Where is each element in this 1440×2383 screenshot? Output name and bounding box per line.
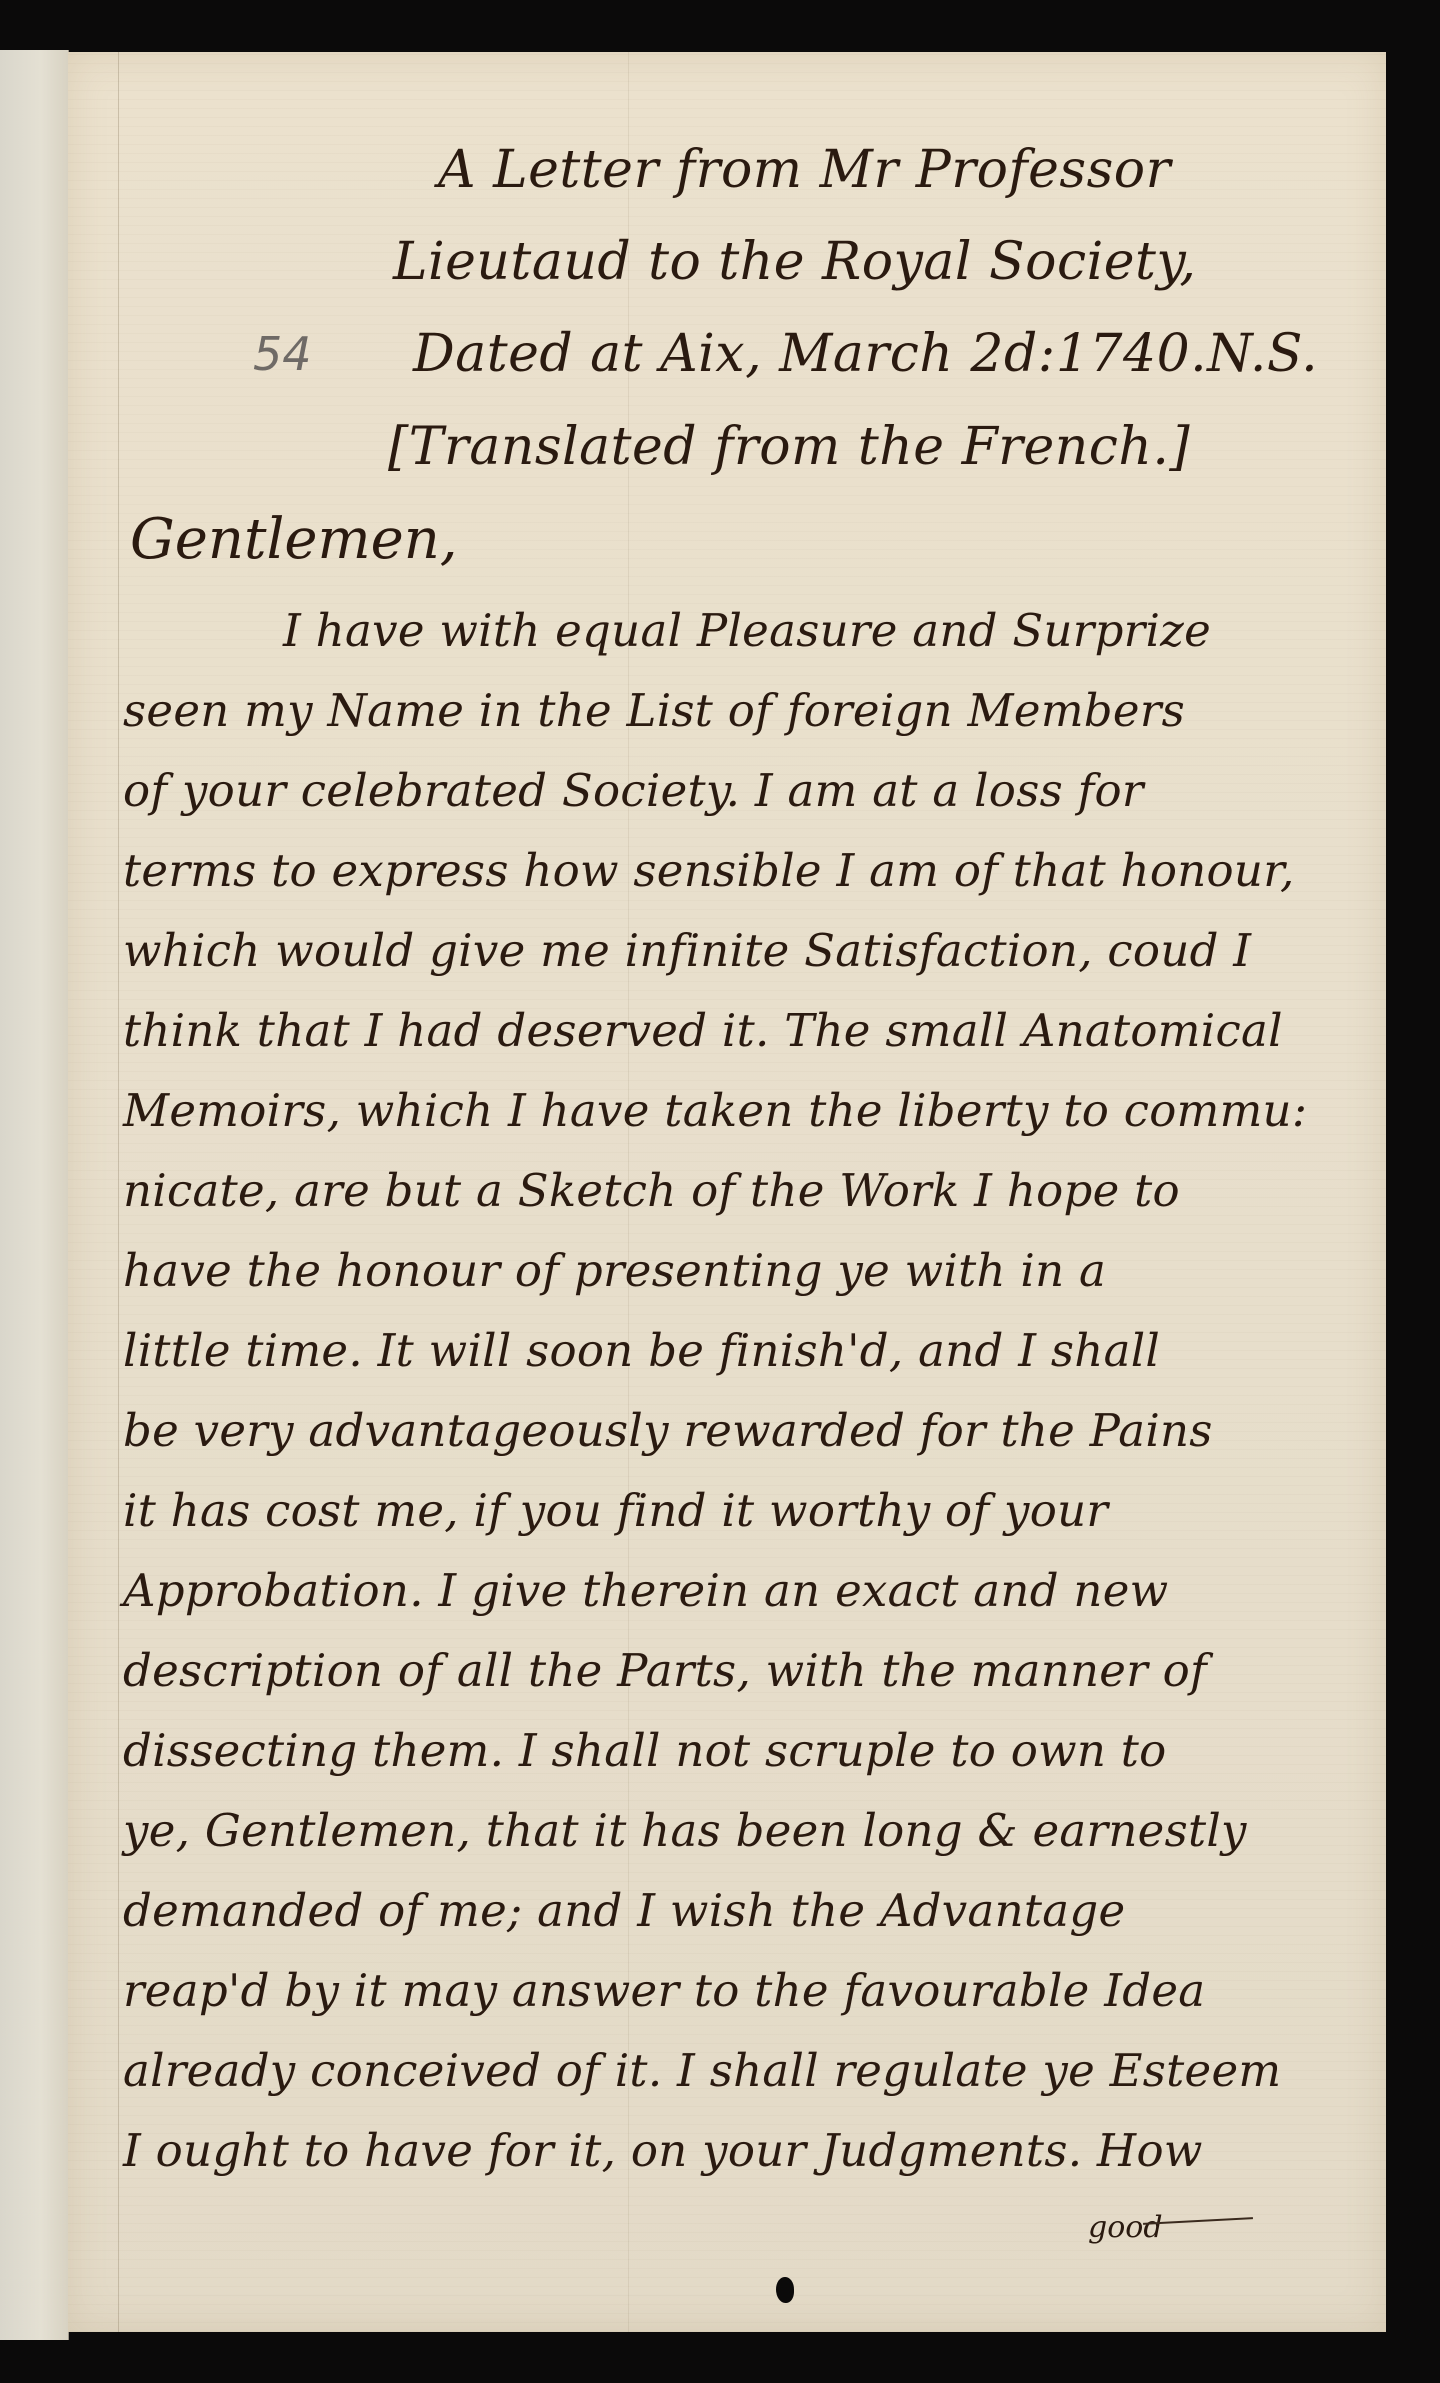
heading-line: [Translated from the French.] xyxy=(388,417,1190,477)
salutation: Gentlemen, xyxy=(130,507,458,572)
body-line: I have with equal Pleasure and Surprize xyxy=(283,604,1440,657)
body-line: nicate, are but a Sketch of the Work I h… xyxy=(123,1164,1283,1217)
body-line: dissecting them. I shall not scruple to … xyxy=(123,1724,1283,1777)
body-line: Memoirs, which I have taken the liberty … xyxy=(123,1084,1283,1137)
body-line: of your celebrated Society. I am at a lo… xyxy=(123,764,1283,817)
body-line: be very advantageously rewarded for the … xyxy=(123,1404,1283,1457)
body-line: have the honour of presenting ye with in… xyxy=(123,1244,1283,1297)
heading-line: Lieutaud to the Royal Society, xyxy=(393,232,1196,292)
body-line: description of all the Parts, with the m… xyxy=(123,1644,1283,1697)
body-line: seen my Name in the List of foreign Memb… xyxy=(123,684,1283,737)
manuscript-page: 54 A Letter from Mr Professor Lieutaud t… xyxy=(68,52,1386,2332)
body-line: Approbation. I give therein an exact and… xyxy=(123,1564,1283,1617)
heading-line: Dated at Aix, March 2d:1740.N.S. xyxy=(413,324,1318,384)
fold-line xyxy=(118,52,119,2332)
body-line: reap'd by it may answer to the favourabl… xyxy=(123,1964,1283,2017)
body-line: which would give me infinite Satisfactio… xyxy=(123,924,1283,977)
body-line: it has cost me, if you find it worthy of… xyxy=(123,1484,1283,1537)
body-line: I ought to have for it, on your Judgment… xyxy=(123,2124,1283,2177)
body-line: ye, Gentlemen, that it has been long & e… xyxy=(123,1804,1283,1857)
catchword: good xyxy=(1088,2210,1163,2245)
body-line: terms to express how sensible I am of th… xyxy=(123,844,1283,897)
body-line: think that I had deserved it. The small … xyxy=(123,1004,1283,1057)
body-line: little time. It will soon be finish'd, a… xyxy=(123,1324,1283,1377)
body-line: already conceived of it. I shall regulat… xyxy=(123,2044,1283,2097)
ink-blot-hole xyxy=(776,2277,794,2303)
heading-line: A Letter from Mr Professor xyxy=(438,140,1171,200)
adjacent-page-flap xyxy=(0,50,69,2340)
body-line: demanded of me; and I wish the Advantage xyxy=(123,1884,1283,1937)
folio-number: 54 xyxy=(253,327,312,381)
